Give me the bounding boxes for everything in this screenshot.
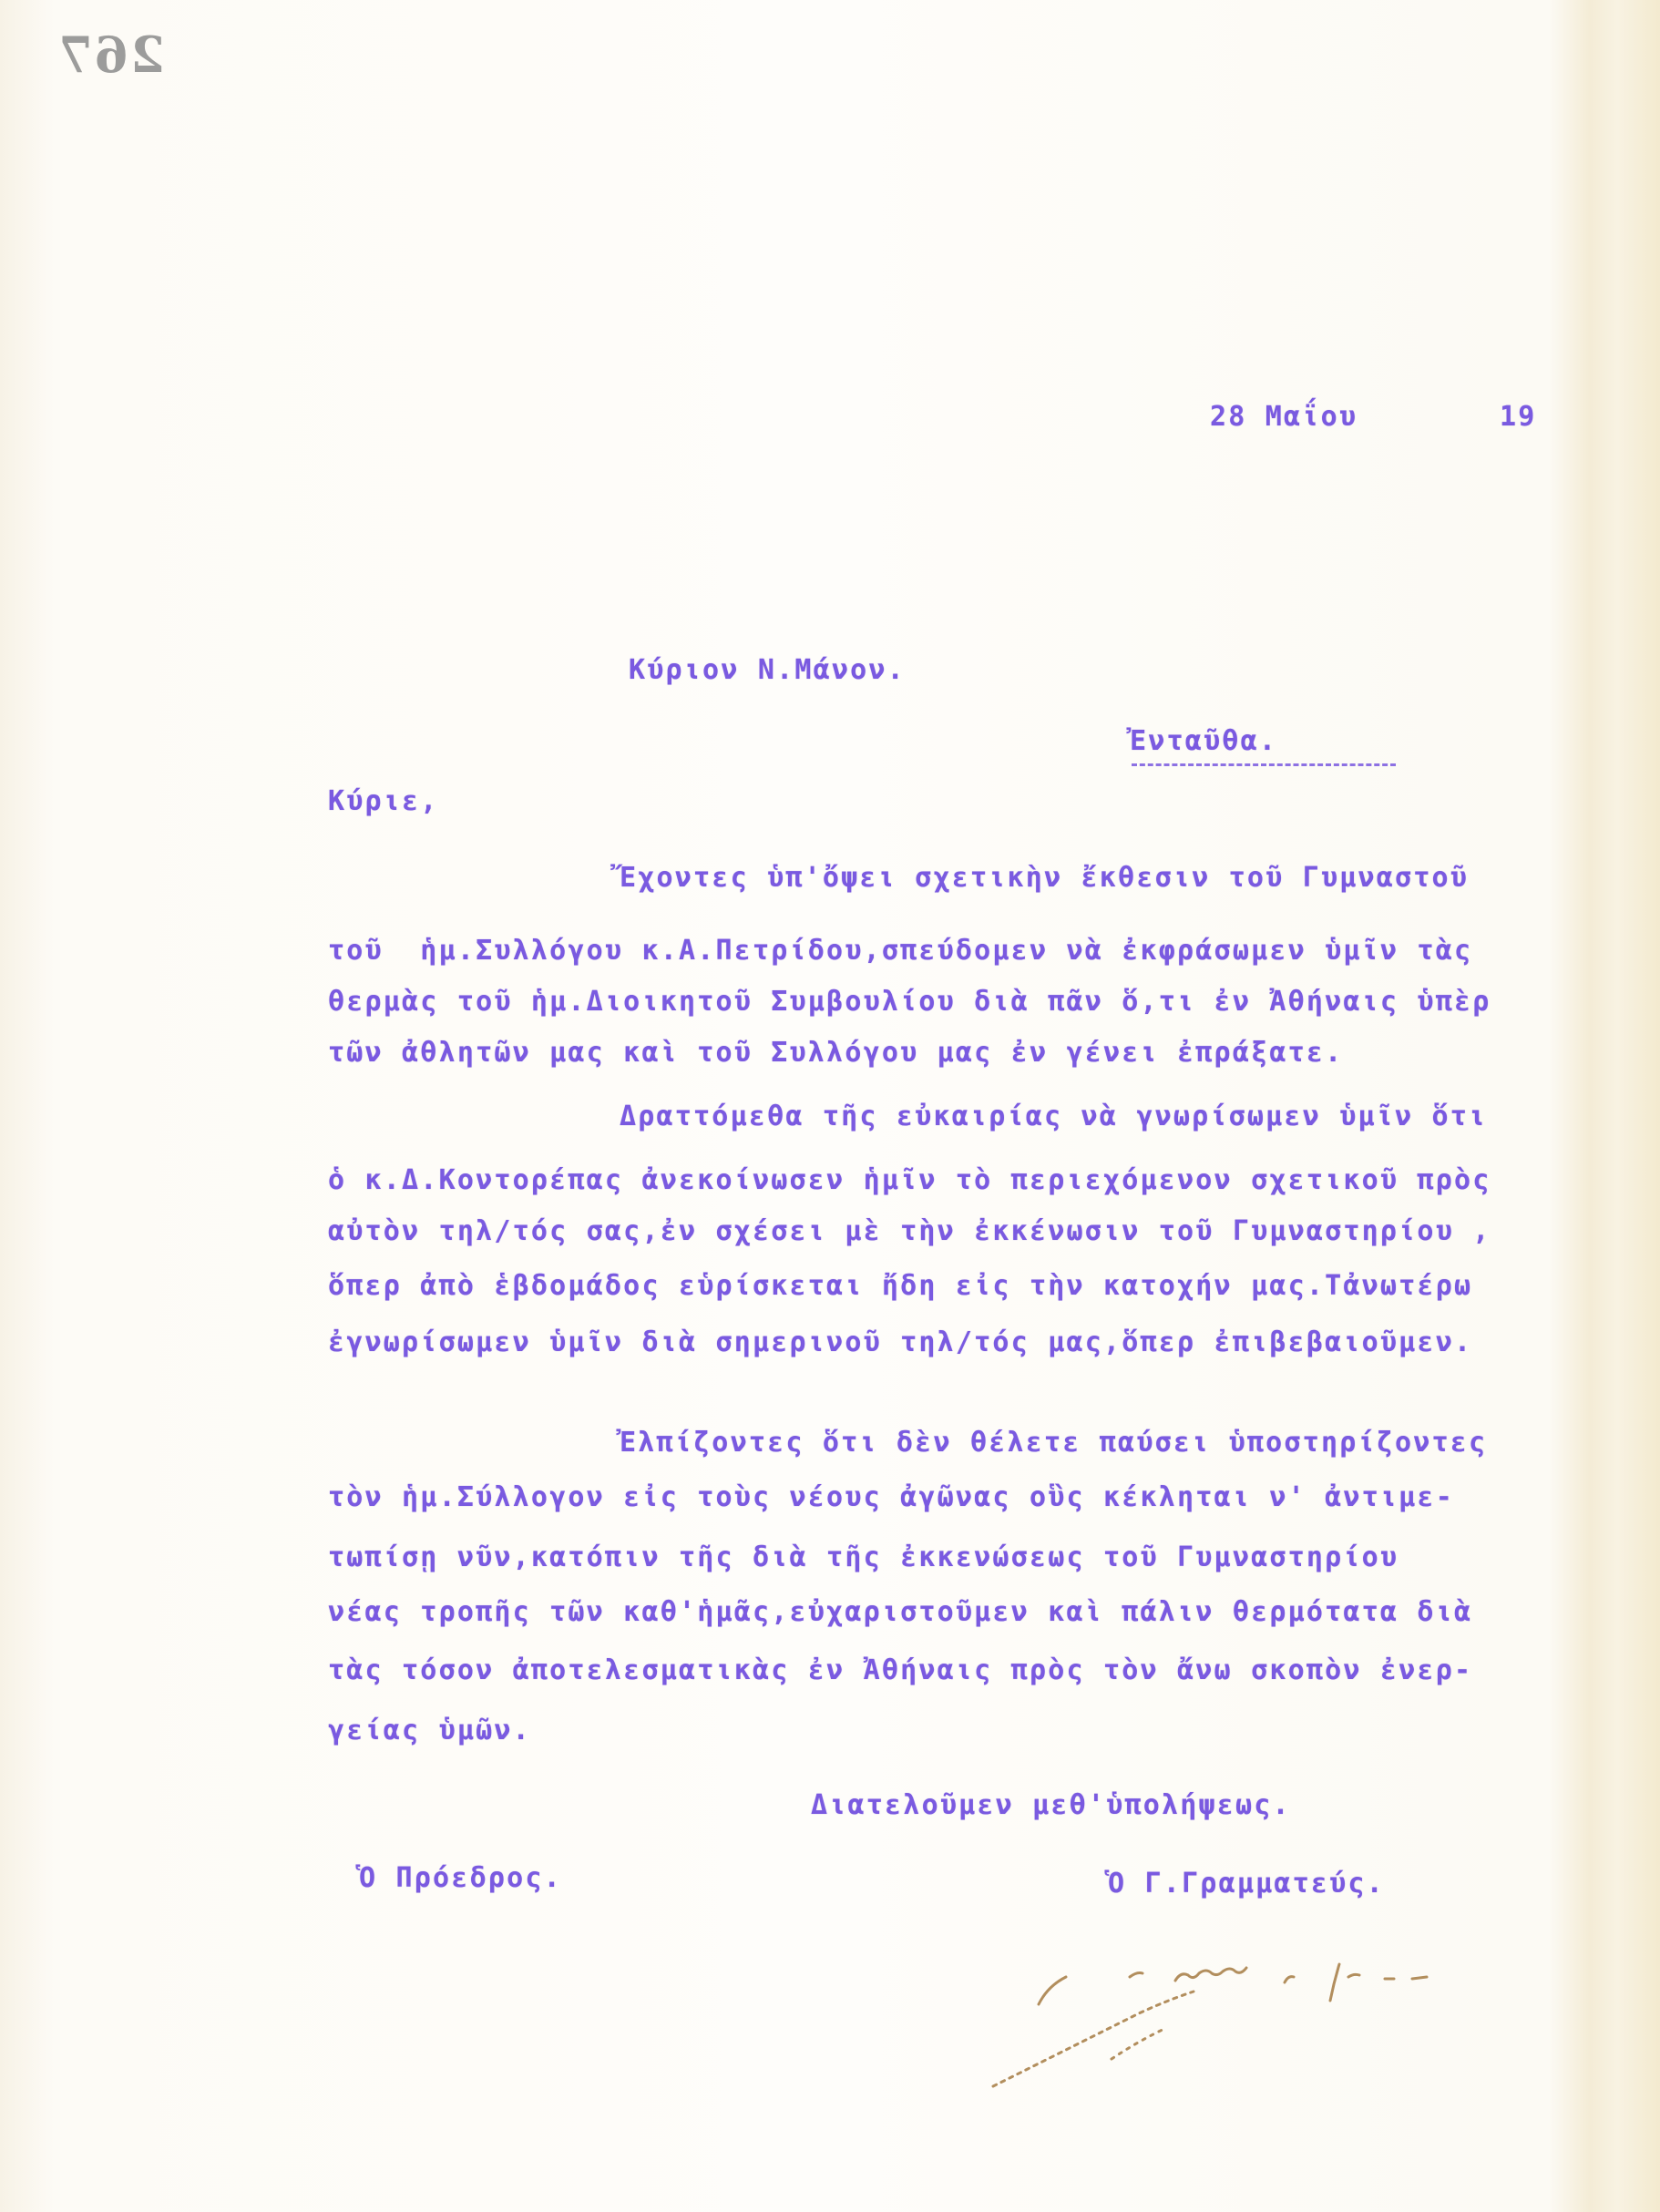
signatory-president: Ὁ Πρόεδρος. <box>359 1862 562 1894</box>
body-line: ὅπερ ἀπὸ ἑβδομάδος εὑρίσκεται ἤδη εἰς τὴ… <box>328 1270 1472 1302</box>
body-line: τοῦ ἡμ.Συλλόγου κ.Α.Πετρίδου,σπεύδομεν ν… <box>328 935 1472 967</box>
body-line: τὸν ἡμ.Σύλλογον εἰς τοὺς νέους ἀγῶνας οὓ… <box>328 1481 1454 1513</box>
body-line: τῶν ἀθλητῶν μας καὶ τοῦ Συλλόγου μας ἐν … <box>328 1037 1343 1069</box>
body-line: αὐτὸν τηλ/τός σας,ἐν σχέσει μὲ τὴν ἐκκέν… <box>328 1215 1491 1247</box>
recipient: Κύριον Ν.Μάνον. <box>629 654 906 686</box>
body-line: τὰς τόσον ἀποτελεσματικὰς ἐν Ἀθήναις πρὸ… <box>328 1654 1472 1686</box>
body-line: ὁ κ.Δ.Κοντορέπας ἀνεκοίνωσεν ἡμῖν τὸ περ… <box>328 1164 1491 1196</box>
letter-page: 267 28 Μαΐου 19 Κύριον Ν.Μάνον. Ἐνταῦθα.… <box>0 0 1660 2212</box>
body-line: Δραττόμεθα τῆς εὐκαιρίας νὰ γνωρίσωμεν ὑ… <box>620 1101 1487 1132</box>
handwritten-signature <box>984 1913 1549 2095</box>
body-line: νέας τροπῆς τῶν καθ'ἡμᾶς,εὐχαριστοῦμεν κ… <box>328 1596 1472 1628</box>
letter-date: 28 Μαΐου <box>1210 401 1358 433</box>
folio-number: 267 <box>56 26 165 84</box>
body-line: τωπίσῃ νῦν,κατόπιν τῆς διὰ τῆς ἐκκενώσεω… <box>328 1541 1399 1573</box>
body-line: θερμὰς τοῦ ἡμ.Διοικητοῦ Συμβουλίου διὰ π… <box>328 986 1491 1018</box>
body-line: Ἐλπίζοντες ὅτι δὲν θέλετε παύσει ὑποστηρ… <box>620 1427 1487 1459</box>
salutation: Κύριε, <box>328 785 439 817</box>
body-line: γείας ὑμῶν. <box>328 1715 531 1746</box>
place: Ἐνταῦθα. <box>1130 725 1277 757</box>
place-underline <box>1132 763 1396 766</box>
closing: Διατελοῦμεν μεθ'ὑπολήψεως. <box>811 1789 1291 1821</box>
signatory-secretary: Ὁ Γ.Γραμματεύς. <box>1108 1868 1385 1900</box>
letter-year: 19 <box>1500 401 1537 433</box>
body-line: ἐγνωρίσωμεν ὑμῖν διὰ σημερινοῦ τηλ/τός μ… <box>328 1326 1472 1358</box>
body-line: Ἔχοντες ὑπ'ὄψει σχετικὴν ἔκθεσιν τοῦ Γυμ… <box>620 862 1469 894</box>
